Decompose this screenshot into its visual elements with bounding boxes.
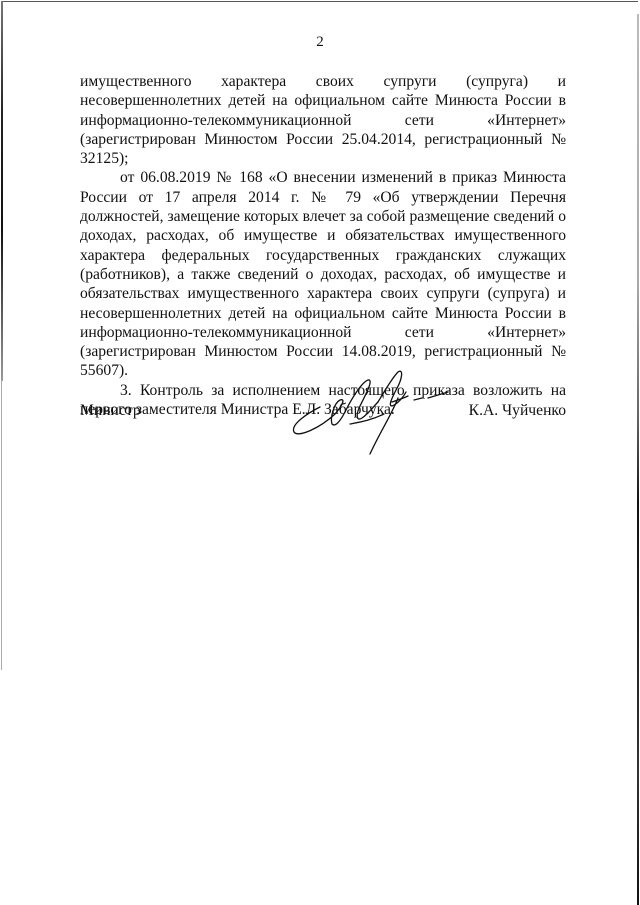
handwritten-signature-icon (280, 362, 460, 462)
scan-border-right (637, 14, 639, 905)
scan-border-top (2, 1, 638, 2)
paragraph-continuation: имущественного характера своих супруги (… (80, 72, 566, 168)
page-number: 2 (0, 34, 640, 51)
signatory-name: К.А. Чуйченко (469, 402, 566, 420)
signatory-title: Министр (80, 402, 141, 420)
scan-border-left-lower (1, 380, 2, 670)
scan-border-left (1, 1, 3, 381)
paragraph-amendment-2019: от 06.08.2019 № 168 «О внесении изменени… (80, 168, 566, 380)
signature-block: Министр К.А. Чуйченко (80, 392, 566, 472)
